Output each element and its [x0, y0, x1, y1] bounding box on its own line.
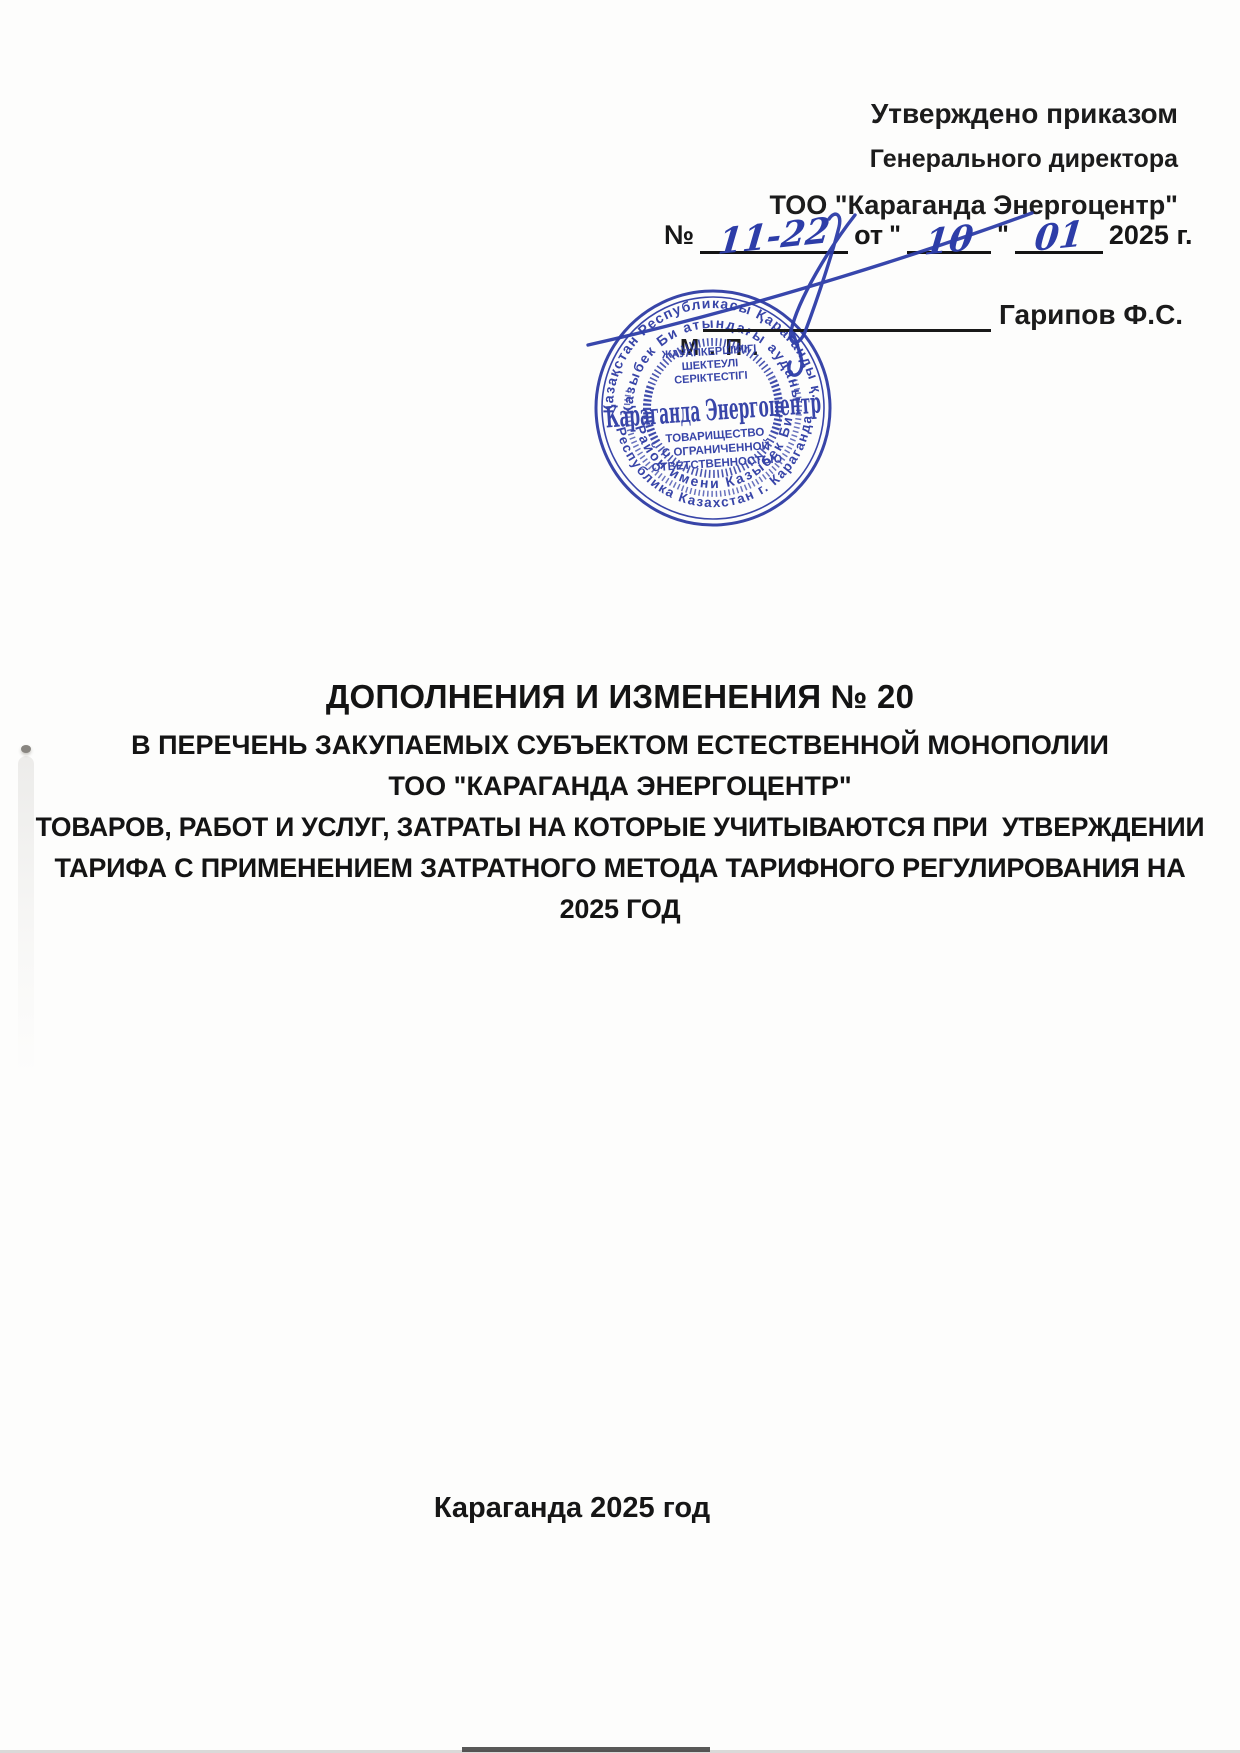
- approval-line-2: Генерального директора: [769, 146, 1178, 172]
- scan-artifact-smudge: [18, 756, 34, 1076]
- title-line-1: ДОПОЛНЕНИЯ И ИЗМЕНЕНИЯ № 20: [25, 680, 1215, 714]
- title-line-3: ТОО "КАРАГАНДА ЭНЕРГОЦЕНТР": [25, 766, 1215, 807]
- signature-ink: [540, 185, 1040, 395]
- year-label: 2025 г.: [1109, 216, 1193, 254]
- title-line-5: ТАРИФА С ПРИМЕНЕНИЕМ ЗАТРАТНОГО МЕТОДА Т…: [25, 848, 1215, 930]
- footer-city-year: Караганда 2025 год: [434, 1492, 710, 1525]
- signature-loop-stroke: [790, 214, 855, 342]
- signature-sweep-stroke: [588, 213, 1032, 345]
- title-line-2: В ПЕРЕЧЕНЬ ЗАКУПАЕМЫХ СУБЪЕКТОМ ЕСТЕСТВЕ…: [25, 725, 1215, 766]
- document-title-block: ДОПОЛНЕНИЯ И ИЗМЕНЕНИЯ № 20 В ПЕРЕЧЕНЬ З…: [25, 680, 1215, 930]
- approval-line-1: Утверждено приказом: [769, 99, 1178, 129]
- title-line-4: ТОВАРОВ, РАБОТ И УСЛУГ, ЗАТРАТЫ НА КОТОР…: [25, 807, 1215, 848]
- scan-artifact-speck: [21, 745, 31, 753]
- handwritten-month: 01: [1032, 213, 1085, 260]
